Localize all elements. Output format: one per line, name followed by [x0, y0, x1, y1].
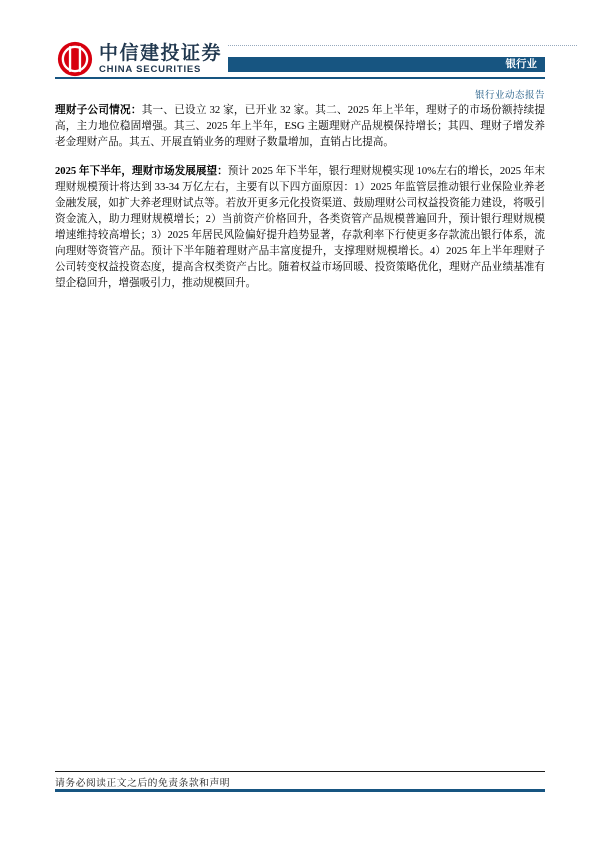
header-rule	[55, 77, 545, 79]
footer-top-divider	[55, 771, 545, 772]
paragraph-wm-subsidiary-overview: 理财子公司情况：其一、已设立 32 家，已开业 32 家。其二、2025 年上半…	[55, 103, 545, 151]
industry-banner: 银行业	[228, 57, 545, 72]
paragraph-lead: 2025 年下半年，理财市场发展展望：	[55, 166, 228, 177]
disclaimer-note: 请务必阅读正文之后的免责条款和声明	[55, 775, 230, 789]
paragraph-h2-outlook: 2025 年下半年，理财市场发展展望：预计 2025 年下半年，银行理财规模实现…	[55, 164, 545, 292]
company-name-cn: 中信建投证券	[99, 44, 222, 63]
paragraph-lead: 理财子公司情况：	[55, 105, 142, 116]
header-dotted-divider	[228, 45, 577, 46]
citic-emblem-icon	[57, 41, 93, 77]
report-page: 中信建投证券 CHINA SECURITIES 银行业 银行业动态报告 理财子公…	[0, 0, 595, 842]
company-logo: 中信建投证券 CHINA SECURITIES	[57, 41, 222, 77]
paragraph-text: 预计 2025 年下半年，银行理财规模实现 10%左右的增长，2025 年末理财…	[55, 166, 545, 289]
company-name-en: CHINA SECURITIES	[99, 65, 222, 75]
report-body: 理财子公司情况：其一、已设立 32 家，已开业 32 家。其二、2025 年上半…	[55, 103, 545, 292]
footer-bottom-divider	[55, 789, 545, 792]
report-type-label: 银行业动态报告	[475, 87, 545, 101]
